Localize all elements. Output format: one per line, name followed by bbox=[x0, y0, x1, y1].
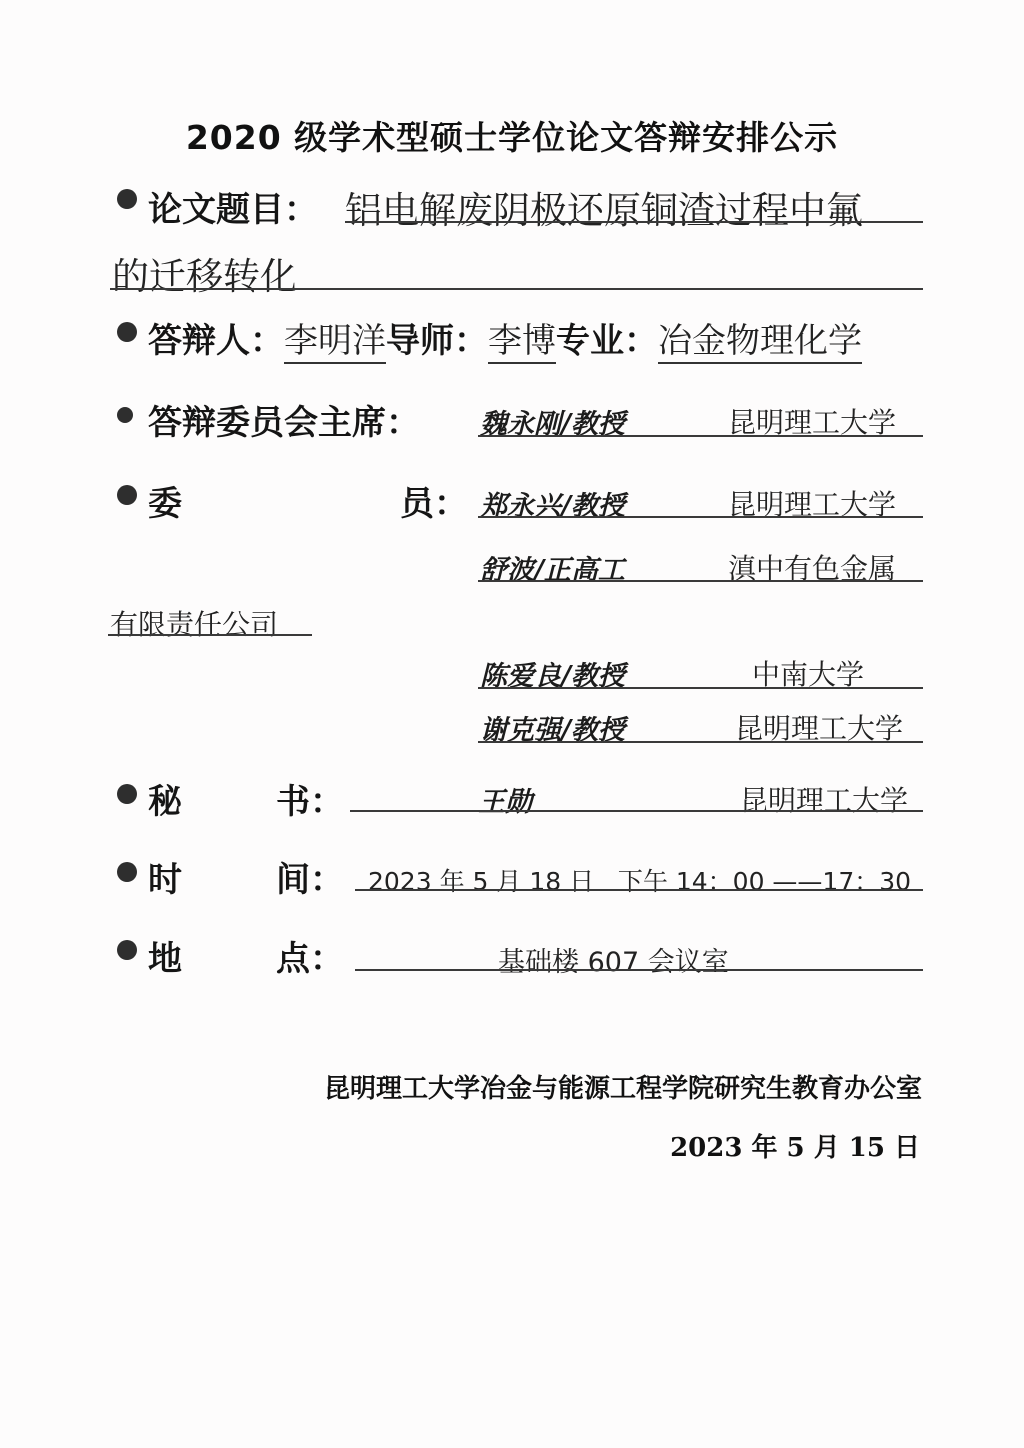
secretary-name: 王勋 bbox=[478, 780, 532, 819]
place-label-b: 点： bbox=[276, 931, 344, 980]
defender-label: 答辩人： bbox=[148, 321, 284, 361]
time-label-a: 时 bbox=[148, 852, 182, 901]
underline bbox=[355, 969, 923, 971]
defender-row: 答辩人：李明洋导师：李博专业：冶金物理化学 bbox=[148, 313, 862, 362]
major-label: 专业： bbox=[556, 321, 658, 361]
advisor-label: 导师： bbox=[386, 321, 488, 361]
thesis-title-line1: 铝电解废阴极还原铜渣过程中氟 bbox=[345, 180, 863, 234]
members-label-b: 员： bbox=[400, 476, 468, 525]
thesis-title-line2: 的迁移转化 bbox=[112, 246, 297, 300]
place-value: 基础楼 607 会议室 bbox=[498, 940, 729, 979]
underline bbox=[110, 288, 923, 290]
bullet-icon bbox=[117, 862, 137, 882]
major-value: 冶金物理化学 bbox=[658, 321, 862, 364]
secretary-org: 昆明理工大学 bbox=[740, 779, 908, 819]
place-label-a: 地 bbox=[148, 931, 182, 980]
underline bbox=[478, 580, 923, 582]
bullet-icon bbox=[117, 407, 133, 423]
member-org-continued: 有限责任公司 bbox=[110, 603, 278, 643]
secretary-label-b: 书： bbox=[276, 774, 344, 823]
bullet-icon bbox=[117, 189, 137, 209]
defender-name: 李明洋 bbox=[284, 321, 386, 364]
bullet-icon bbox=[117, 784, 137, 804]
underline bbox=[108, 634, 312, 636]
page-title: 2020 级学术型硕士学位论文答辩安排公示 bbox=[0, 112, 1024, 159]
bullet-icon bbox=[117, 322, 137, 342]
time-value: 2023 年 5 月 18 日 下午 14：00 ——17：30 bbox=[368, 862, 911, 898]
thesis-label: 论文题目： bbox=[148, 182, 318, 231]
underline bbox=[478, 435, 923, 437]
advisor-name: 李博 bbox=[488, 321, 556, 364]
secretary-label-a: 秘 bbox=[148, 774, 182, 823]
underline bbox=[478, 687, 923, 689]
bullet-icon bbox=[117, 485, 137, 505]
underline bbox=[478, 741, 923, 743]
underline bbox=[350, 810, 923, 812]
members-label-a: 委 bbox=[148, 476, 182, 525]
underline bbox=[478, 516, 923, 518]
issuing-office: 昆明理工大学冶金与能源工程学院研究生教育办公室 bbox=[324, 1068, 922, 1105]
underline bbox=[345, 221, 923, 223]
underline bbox=[355, 889, 923, 891]
bullet-icon bbox=[117, 940, 137, 960]
time-label-b: 间： bbox=[276, 852, 344, 901]
chair-label: 答辩委员会主席： bbox=[148, 395, 420, 444]
issue-date: 2023 年 5 月 15 日 bbox=[670, 1127, 920, 1164]
